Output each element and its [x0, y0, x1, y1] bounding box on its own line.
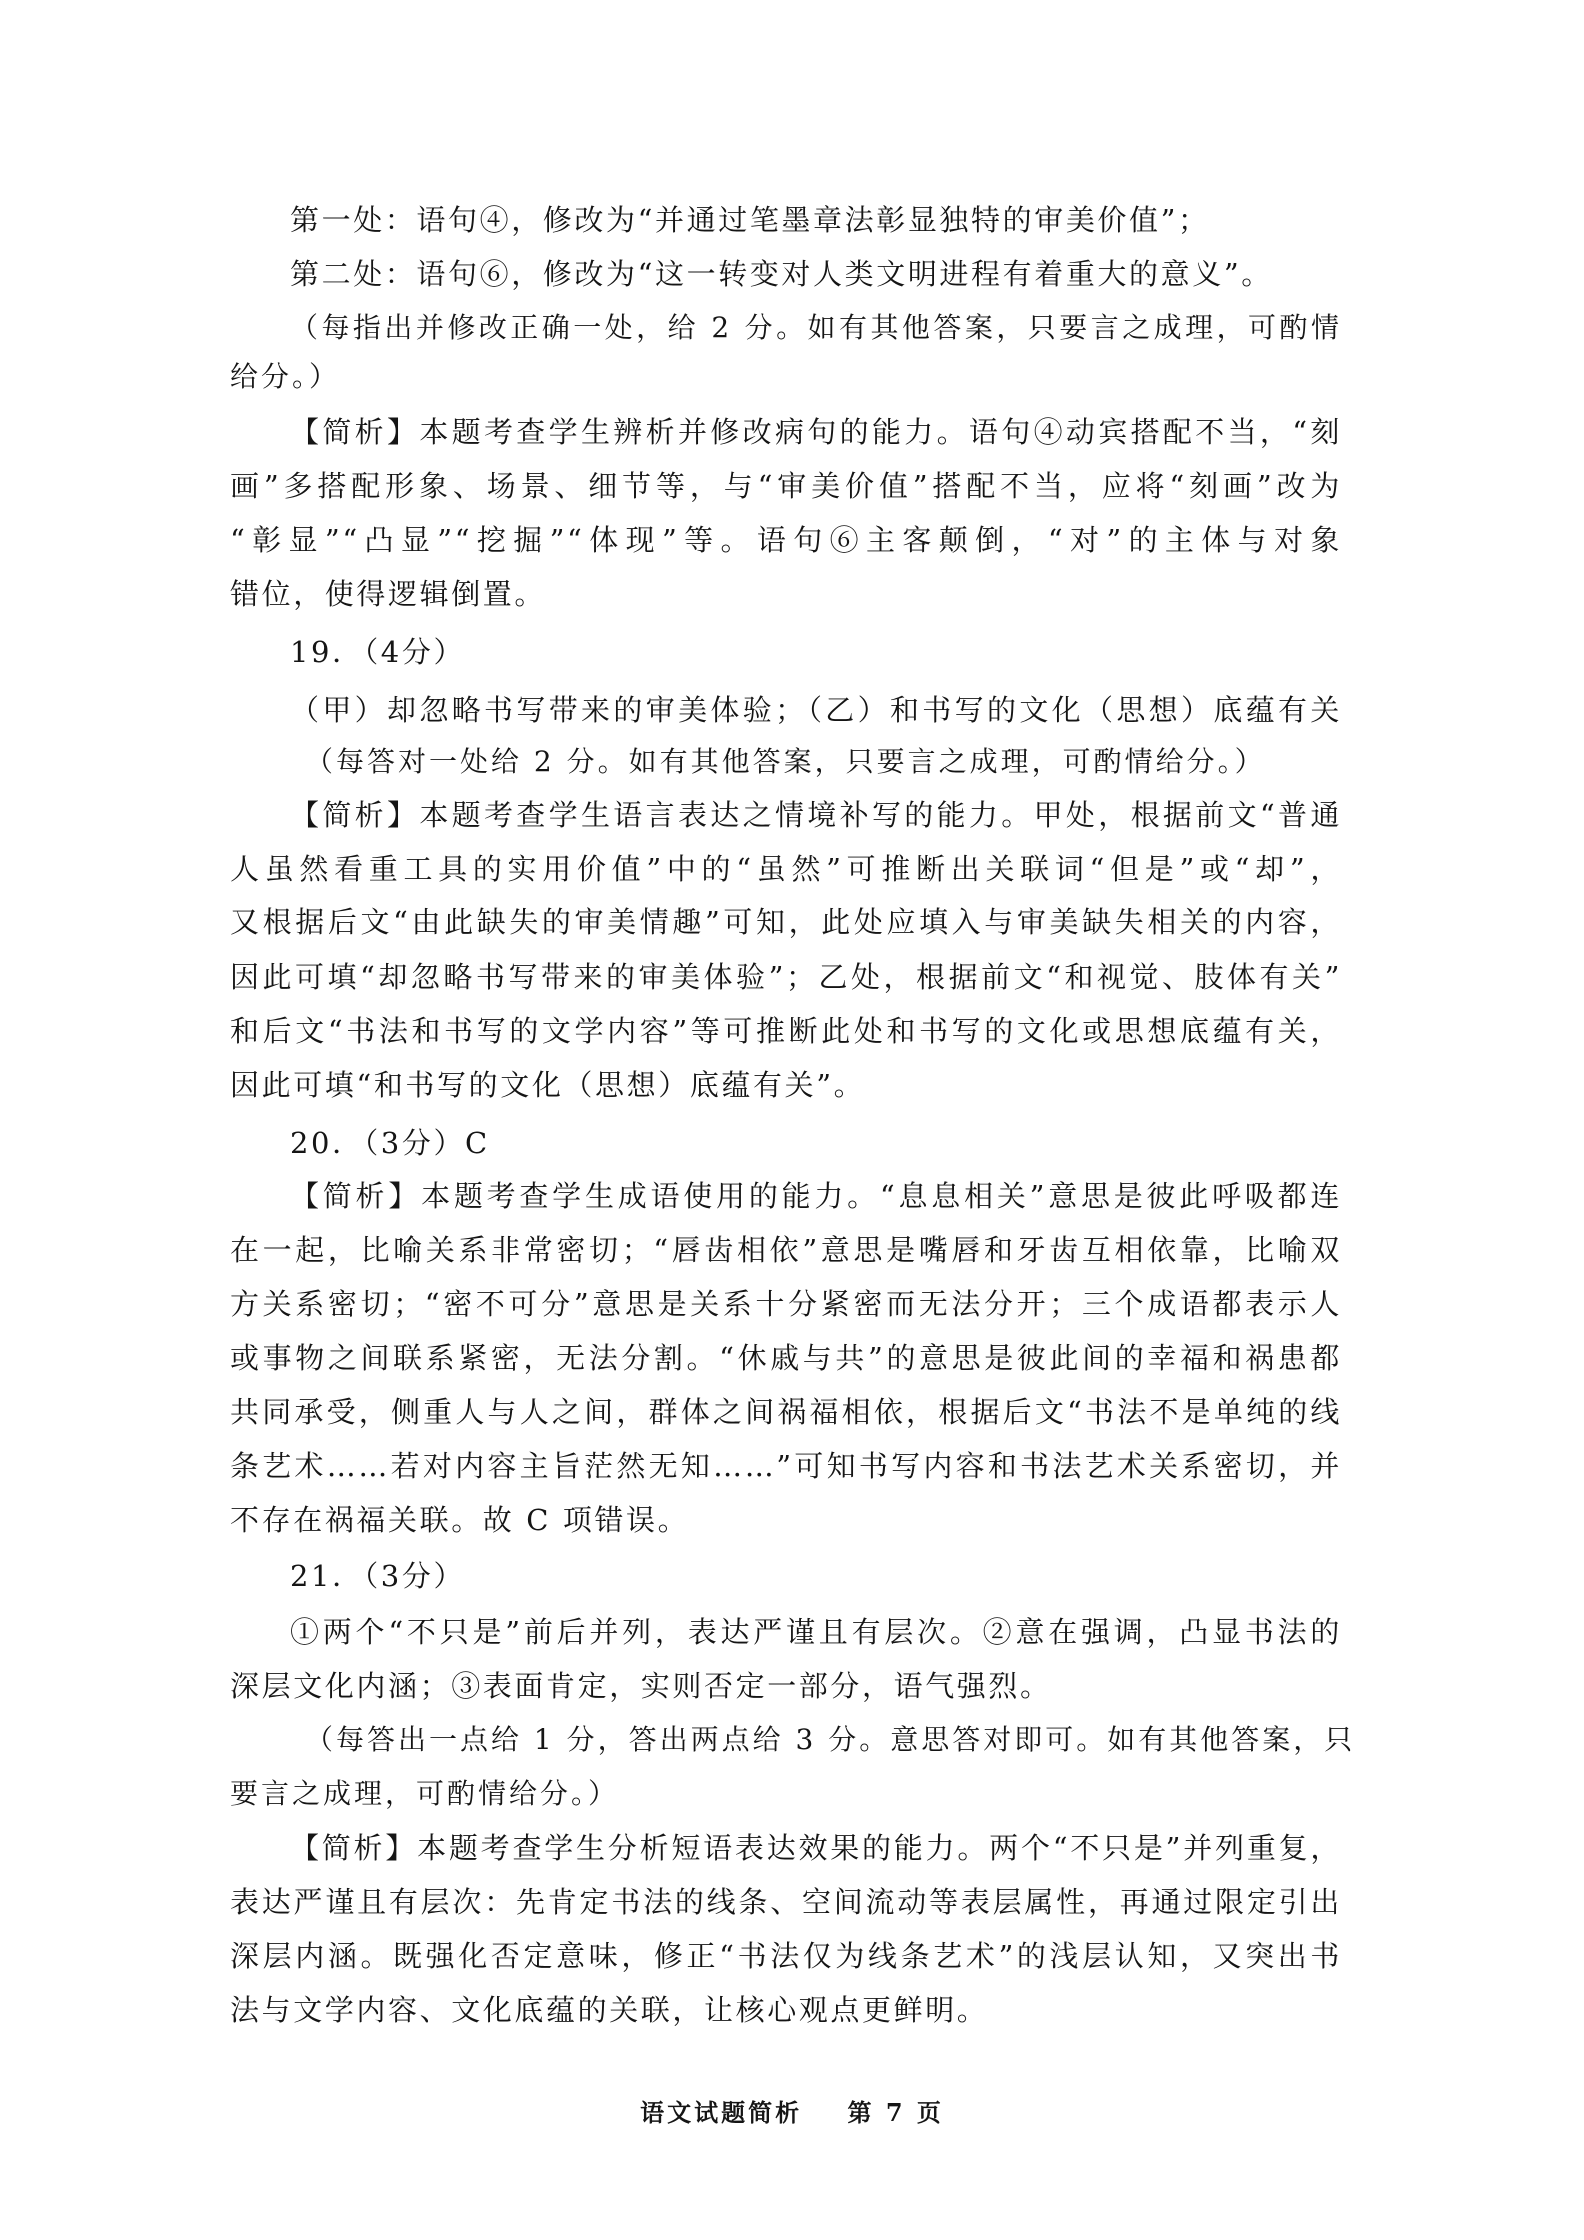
q19-analysis-line-3: 又根据后文“由此缺失的审美情趣”可知，此处应填入与审美缺失相关的内容， — [230, 902, 1342, 942]
q20-analysis-line-6: 条艺术……若对内容主旨茫然无知……”可知书写内容和书法艺术关系密切，并 — [230, 1446, 1342, 1486]
q21-scoring-line-2: 要言之成理，可酌情给分。） — [230, 1774, 1342, 1814]
q20-analysis-line-3: 方关系密切；“密不可分”意思是关系十分紧密而无法分开；三个成语都表示人 — [230, 1284, 1342, 1324]
q18-scoring-line-2: 给分。） — [230, 357, 1342, 397]
q21-analysis-line-3: 深层内涵。既强化否定意味，修正“书法仅为线条艺术”的浅层认知，又突出书 — [230, 1936, 1342, 1976]
q18-analysis-line-2: 画”多搭配形象、场景、细节等，与“审美价值”搭配不当，应将“刻画”改为 — [230, 466, 1342, 506]
q21-heading: 21．（3分） — [290, 1556, 1342, 1596]
q19-heading: 19．（4分） — [290, 632, 1342, 672]
q21-analysis-line-2: 表达严谨且有层次：先肯定书法的线条、空间流动等表层属性，再通过限定引出 — [230, 1882, 1342, 1922]
footer-title: 语文试题简析 — [640, 2098, 802, 2127]
q19-scoring: （每答对一处给 2 分。如有其他答案，只要言之成理，可酌情给分。） — [305, 742, 1342, 782]
q21-answer-line-1: ①两个“不只是”前后并列，表达严谨且有层次。②意在强调，凸显书法的 — [290, 1612, 1342, 1652]
q18-analysis-line-4: 错位，使得逻辑倒置。 — [230, 574, 1342, 614]
q19-analysis-line-4: 因此可填“却忽略书写带来的审美体验”；乙处，根据前文“和视觉、肢体有关” — [230, 957, 1342, 997]
q21-scoring-line-1: （每答出一点给 1 分，答出两点给 3 分。意思答对即可。如有其他答案，只 — [305, 1720, 1342, 1760]
page-footer: 语文试题简析 第 7 页 — [0, 2093, 1584, 2128]
q21-analysis-line-4: 法与文学内容、文化底蕴的关联，让核心观点更鲜明。 — [230, 1990, 1342, 2030]
q19-analysis-line-6: 因此可填“和书写的文化（思想）底蕴有关”。 — [230, 1065, 1342, 1105]
q20-analysis-line-2: 在一起，比喻关系非常密切；“唇齿相依”意思是嘴唇和牙齿互相依靠，比喻双 — [230, 1230, 1342, 1270]
q19-analysis-line-1: 【简析】本题考查学生语言表达之情境补写的能力。甲处，根据前文“普通 — [290, 795, 1342, 835]
q18-answer-line-2: 第二处：语句⑥，修改为“这一转变对人类文明进程有着重大的意义”。 — [290, 254, 1342, 294]
q20-heading: 20．（3分）C — [290, 1123, 1342, 1163]
answer-key-page: 第一处：语句④，修改为“并通过笔墨章法彰显独特的审美价值”； 第二处：语句⑥，修… — [0, 0, 1584, 2240]
q20-analysis-line-4: 或事物之间联系紧密，无法分割。“休戚与共”的意思是彼此间的幸福和祸患都 — [230, 1338, 1342, 1378]
q20-analysis-line-7: 不存在祸福关联。故 C 项错误。 — [230, 1500, 1342, 1540]
q18-answer-line-1: 第一处：语句④，修改为“并通过笔墨章法彰显独特的审美价值”； — [290, 200, 1342, 240]
q20-analysis-line-5: 共同承受，侧重人与人之间，群体之间祸福相依，根据后文“书法不是单纯的线 — [230, 1392, 1342, 1432]
q18-scoring-line-1: （每指出并修改正确一处，给 2 分。如有其他答案，只要言之成理，可酌情 — [290, 308, 1342, 348]
q19-analysis-line-2: 人虽然看重工具的实用价值”中的“虽然”可推断出关联词“但是”或“却”， — [230, 849, 1342, 889]
q20-analysis-line-1: 【简析】本题考查学生成语使用的能力。“息息相关”意思是彼此呼吸都连 — [290, 1176, 1342, 1216]
footer-page-number: 第 7 页 — [848, 2098, 944, 2127]
q19-analysis-line-5: 和后文“书法和书写的文学内容”等可推断此处和书写的文化或思想底蕴有关， — [230, 1011, 1342, 1051]
q19-answer: （甲）却忽略书写带来的审美体验；（乙）和书写的文化（思想）底蕴有关 — [290, 690, 1342, 730]
q18-analysis-line-3: “彰显”“凸显”“挖掘”“体现”等。语句⑥主客颠倒，“对”的主体与对象 — [230, 520, 1342, 560]
q18-analysis-line-1: 【简析】本题考查学生辨析并修改病句的能力。语句④动宾搭配不当，“刻 — [290, 412, 1342, 452]
q21-analysis-line-1: 【简析】本题考查学生分析短语表达效果的能力。两个“不只是”并列重复， — [290, 1828, 1342, 1868]
q21-answer-line-2: 深层文化内涵；③表面肯定，实则否定一部分，语气强烈。 — [230, 1666, 1342, 1706]
